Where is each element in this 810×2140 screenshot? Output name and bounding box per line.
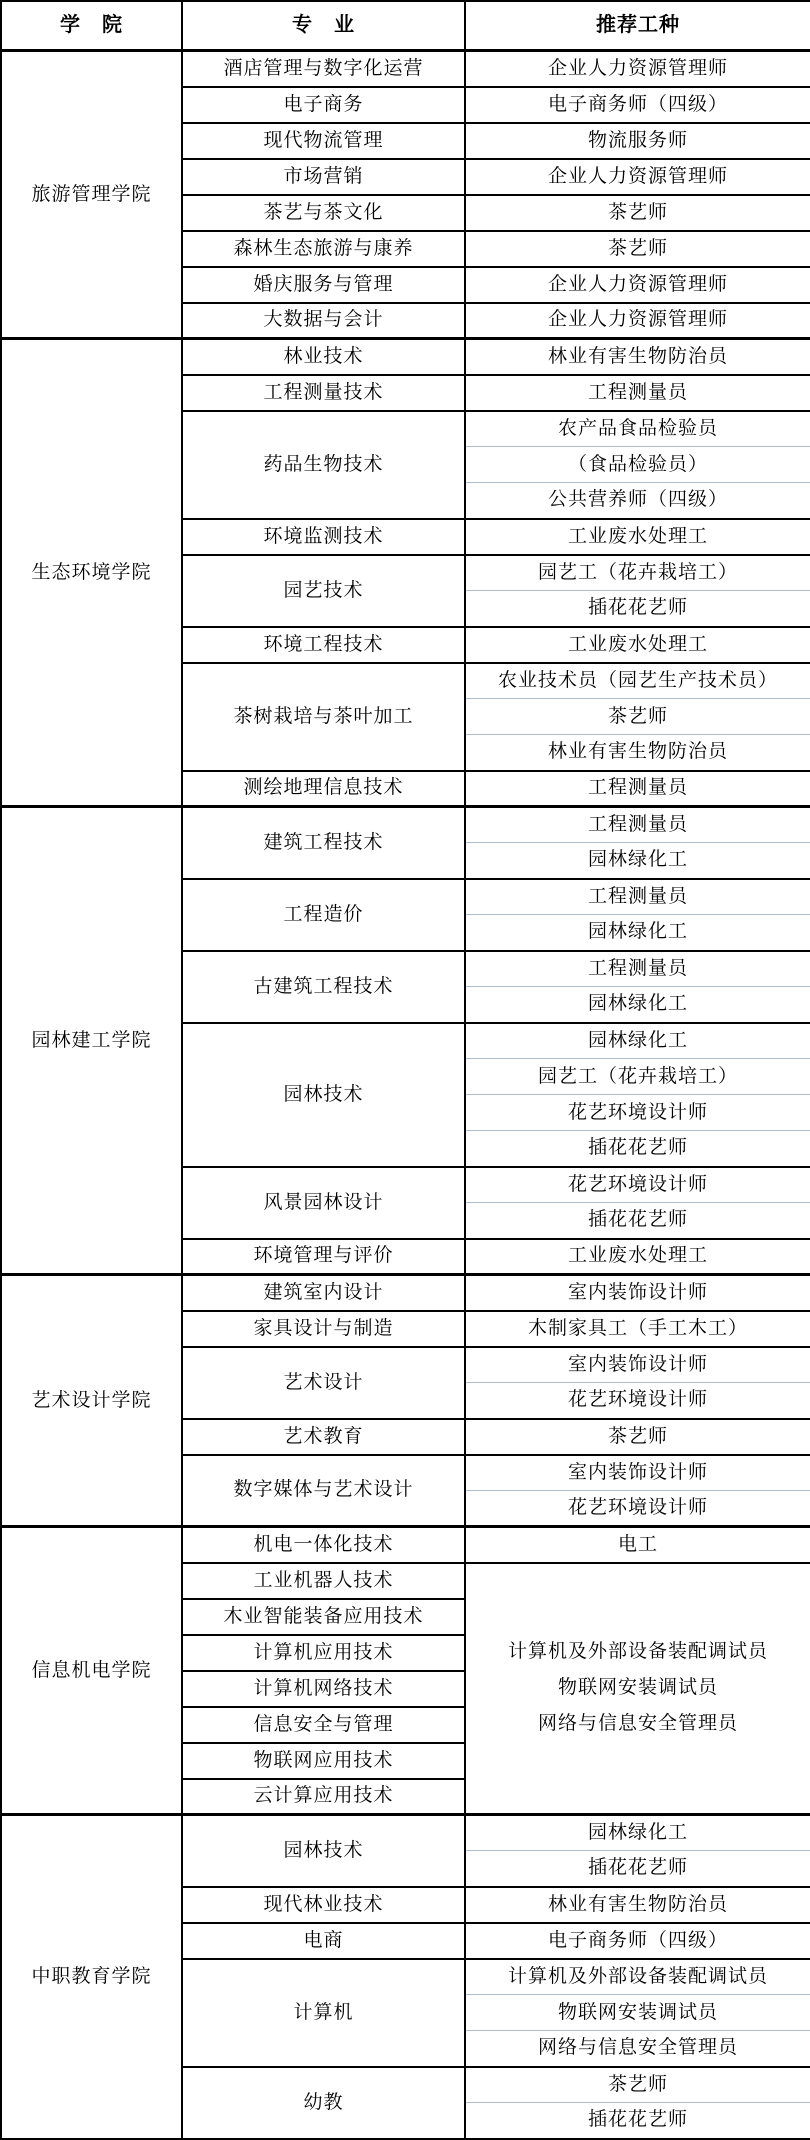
job-cell: 工业废水处理工 [465, 627, 810, 663]
job-cell: 工业废水处理工 [465, 519, 810, 555]
major-cell: 机电一体化技术 [182, 1527, 465, 1563]
job-cell: 园艺工（花卉栽培工） [465, 1059, 810, 1095]
major-cell: 森林生态旅游与康养 [182, 231, 465, 267]
major-cell: 幼教 [182, 2067, 465, 2139]
major-cell: 现代林业技术 [182, 1887, 465, 1923]
job-cell: 茶艺师 [465, 2067, 810, 2103]
major-cell: 茶艺与茶文化 [182, 195, 465, 231]
job-cell: 园林绿化工 [465, 915, 810, 951]
job-cell: 工程测量员 [465, 807, 810, 843]
major-cell: 工程测量技术 [182, 375, 465, 411]
job-cell: 物流服务师 [465, 123, 810, 159]
college-cell: 信息机电学院 [1, 1527, 182, 1815]
job-cell: 电子商务师（四级） [465, 87, 810, 123]
table-row: 中职教育学院园林技术园林绿化工 [1, 1815, 810, 1851]
job-cell: 室内装饰设计师 [465, 1275, 810, 1311]
major-cell: 环境管理与评价 [182, 1239, 465, 1275]
job-cell: 企业人力资源管理师 [465, 51, 810, 87]
major-cell: 现代物流管理 [182, 123, 465, 159]
job-cell: 花艺环境设计师 [465, 1491, 810, 1527]
major-cell: 茶树栽培与茶叶加工 [182, 663, 465, 771]
major-cell: 测绘地理信息技术 [182, 771, 465, 807]
major-cell: 计算机 [182, 1959, 465, 2067]
job-cell: 花艺环境设计师 [465, 1383, 810, 1419]
major-cell: 电商 [182, 1923, 465, 1959]
job-cell: 园林绿化工 [465, 1023, 810, 1059]
college-cell: 园林建工学院 [1, 807, 182, 1275]
major-cell: 园艺技术 [182, 555, 465, 627]
major-cell: 林业技术 [182, 339, 465, 375]
major-cell: 计算机应用技术 [182, 1635, 465, 1671]
major-cell: 计算机网络技术 [182, 1671, 465, 1707]
job-cell: 农产品食品检验员 [465, 411, 810, 447]
job-line: 计算机及外部设备装配调试员 [466, 1634, 810, 1670]
job-cell: 花艺环境设计师 [465, 1167, 810, 1203]
job-cell: 花艺环境设计师 [465, 1095, 810, 1131]
major-cell: 药品生物技术 [182, 411, 465, 519]
job-cell: 工程测量员 [465, 951, 810, 987]
major-cell: 园林技术 [182, 1815, 465, 1887]
job-cell: 计算机及外部设备装配调试员 [465, 1959, 810, 1995]
job-cell: 插花花艺师 [465, 2103, 810, 2139]
job-cell: 企业人力资源管理师 [465, 159, 810, 195]
job-cell: 工程测量员 [465, 771, 810, 807]
major-cell: 工业机器人技术 [182, 1563, 465, 1599]
job-cell: 物联网安装调试员 [465, 1995, 810, 2031]
major-cell: 信息安全与管理 [182, 1707, 465, 1743]
job-cell: 企业人力资源管理师 [465, 303, 810, 339]
major-cell: 电子商务 [182, 87, 465, 123]
job-cell: （食品检验员） [465, 447, 810, 483]
job-cell: 茶艺师 [465, 231, 810, 267]
job-cell: 茶艺师 [465, 699, 810, 735]
major-cell: 园林技术 [182, 1023, 465, 1167]
major-cell: 物联网应用技术 [182, 1743, 465, 1779]
major-cell: 环境工程技术 [182, 627, 465, 663]
job-line: 网络与信息安全管理员 [466, 1706, 810, 1742]
job-cell: 企业人力资源管理师 [465, 267, 810, 303]
job-cell: 茶艺师 [465, 195, 810, 231]
job-cell: 工程测量员 [465, 879, 810, 915]
major-cell: 古建筑工程技术 [182, 951, 465, 1023]
major-cell: 艺术设计 [182, 1347, 465, 1419]
college-cell: 旅游管理学院 [1, 51, 182, 339]
job-cell: 园艺工（花卉栽培工） [465, 555, 810, 591]
table-body: 旅游管理学院酒店管理与数字化运营企业人力资源管理师电子商务电子商务师（四级）现代… [1, 51, 810, 2139]
job-cell: 工业废水处理工 [465, 1239, 810, 1275]
column-header-recommended-job: 推荐工种 [465, 1, 810, 51]
column-header-college: 学 院 [1, 1, 182, 51]
jobs-merged-cell: 计算机及外部设备装配调试员物联网安装调试员网络与信息安全管理员 [465, 1563, 810, 1815]
college-cell: 中职教育学院 [1, 1815, 182, 2139]
major-cell: 建筑工程技术 [182, 807, 465, 879]
job-cell: 网络与信息安全管理员 [465, 2031, 810, 2067]
job-cell: 插花花艺师 [465, 1851, 810, 1887]
job-cell: 农业技术员（园艺生产技术员） [465, 663, 810, 699]
table-header-row: 学 院 专 业 推荐工种 [1, 1, 810, 51]
college-cell: 生态环境学院 [1, 339, 182, 807]
major-cell: 酒店管理与数字化运营 [182, 51, 465, 87]
job-cell: 插花花艺师 [465, 591, 810, 627]
job-line: 物联网安装调试员 [466, 1670, 810, 1706]
table-row: 艺术设计学院建筑室内设计室内装饰设计师 [1, 1275, 810, 1311]
major-cell: 环境监测技术 [182, 519, 465, 555]
job-cell: 园林绿化工 [465, 987, 810, 1023]
job-cell: 工程测量员 [465, 375, 810, 411]
job-cell: 电子商务师（四级） [465, 1923, 810, 1959]
major-cell: 市场营销 [182, 159, 465, 195]
job-cell: 林业有害生物防治员 [465, 735, 810, 771]
job-cell: 插花花艺师 [465, 1203, 810, 1239]
table-row: 生态环境学院林业技术林业有害生物防治员 [1, 339, 810, 375]
major-cell: 风景园林设计 [182, 1167, 465, 1239]
major-cell: 木业智能装备应用技术 [182, 1599, 465, 1635]
major-cell: 艺术教育 [182, 1419, 465, 1455]
job-cell: 木制家具工（手工木工） [465, 1311, 810, 1347]
major-cell: 建筑室内设计 [182, 1275, 465, 1311]
table-row: 园林建工学院建筑工程技术工程测量员 [1, 807, 810, 843]
job-cell: 电工 [465, 1527, 810, 1563]
job-cell: 茶艺师 [465, 1419, 810, 1455]
job-cell: 插花花艺师 [465, 1131, 810, 1167]
major-cell: 家具设计与制造 [182, 1311, 465, 1347]
job-cell: 室内装饰设计师 [465, 1347, 810, 1383]
column-header-major: 专 业 [182, 1, 465, 51]
major-cell: 工程造价 [182, 879, 465, 951]
job-cell: 室内装饰设计师 [465, 1455, 810, 1491]
job-cell: 园林绿化工 [465, 843, 810, 879]
major-cell: 云计算应用技术 [182, 1779, 465, 1815]
major-cell: 大数据与会计 [182, 303, 465, 339]
table-row: 旅游管理学院酒店管理与数字化运营企业人力资源管理师 [1, 51, 810, 87]
job-recommendation-table: 学 院 专 业 推荐工种 旅游管理学院酒店管理与数字化运营企业人力资源管理师电子… [0, 0, 810, 2140]
job-cell: 园林绿化工 [465, 1815, 810, 1851]
table-row: 信息机电学院机电一体化技术电工 [1, 1527, 810, 1563]
college-cell: 艺术设计学院 [1, 1275, 182, 1527]
job-cell: 林业有害生物防治员 [465, 339, 810, 375]
job-cell: 林业有害生物防治员 [465, 1887, 810, 1923]
job-cell: 公共营养师（四级） [465, 483, 810, 519]
major-cell: 婚庆服务与管理 [182, 267, 465, 303]
major-cell: 数字媒体与艺术设计 [182, 1455, 465, 1527]
